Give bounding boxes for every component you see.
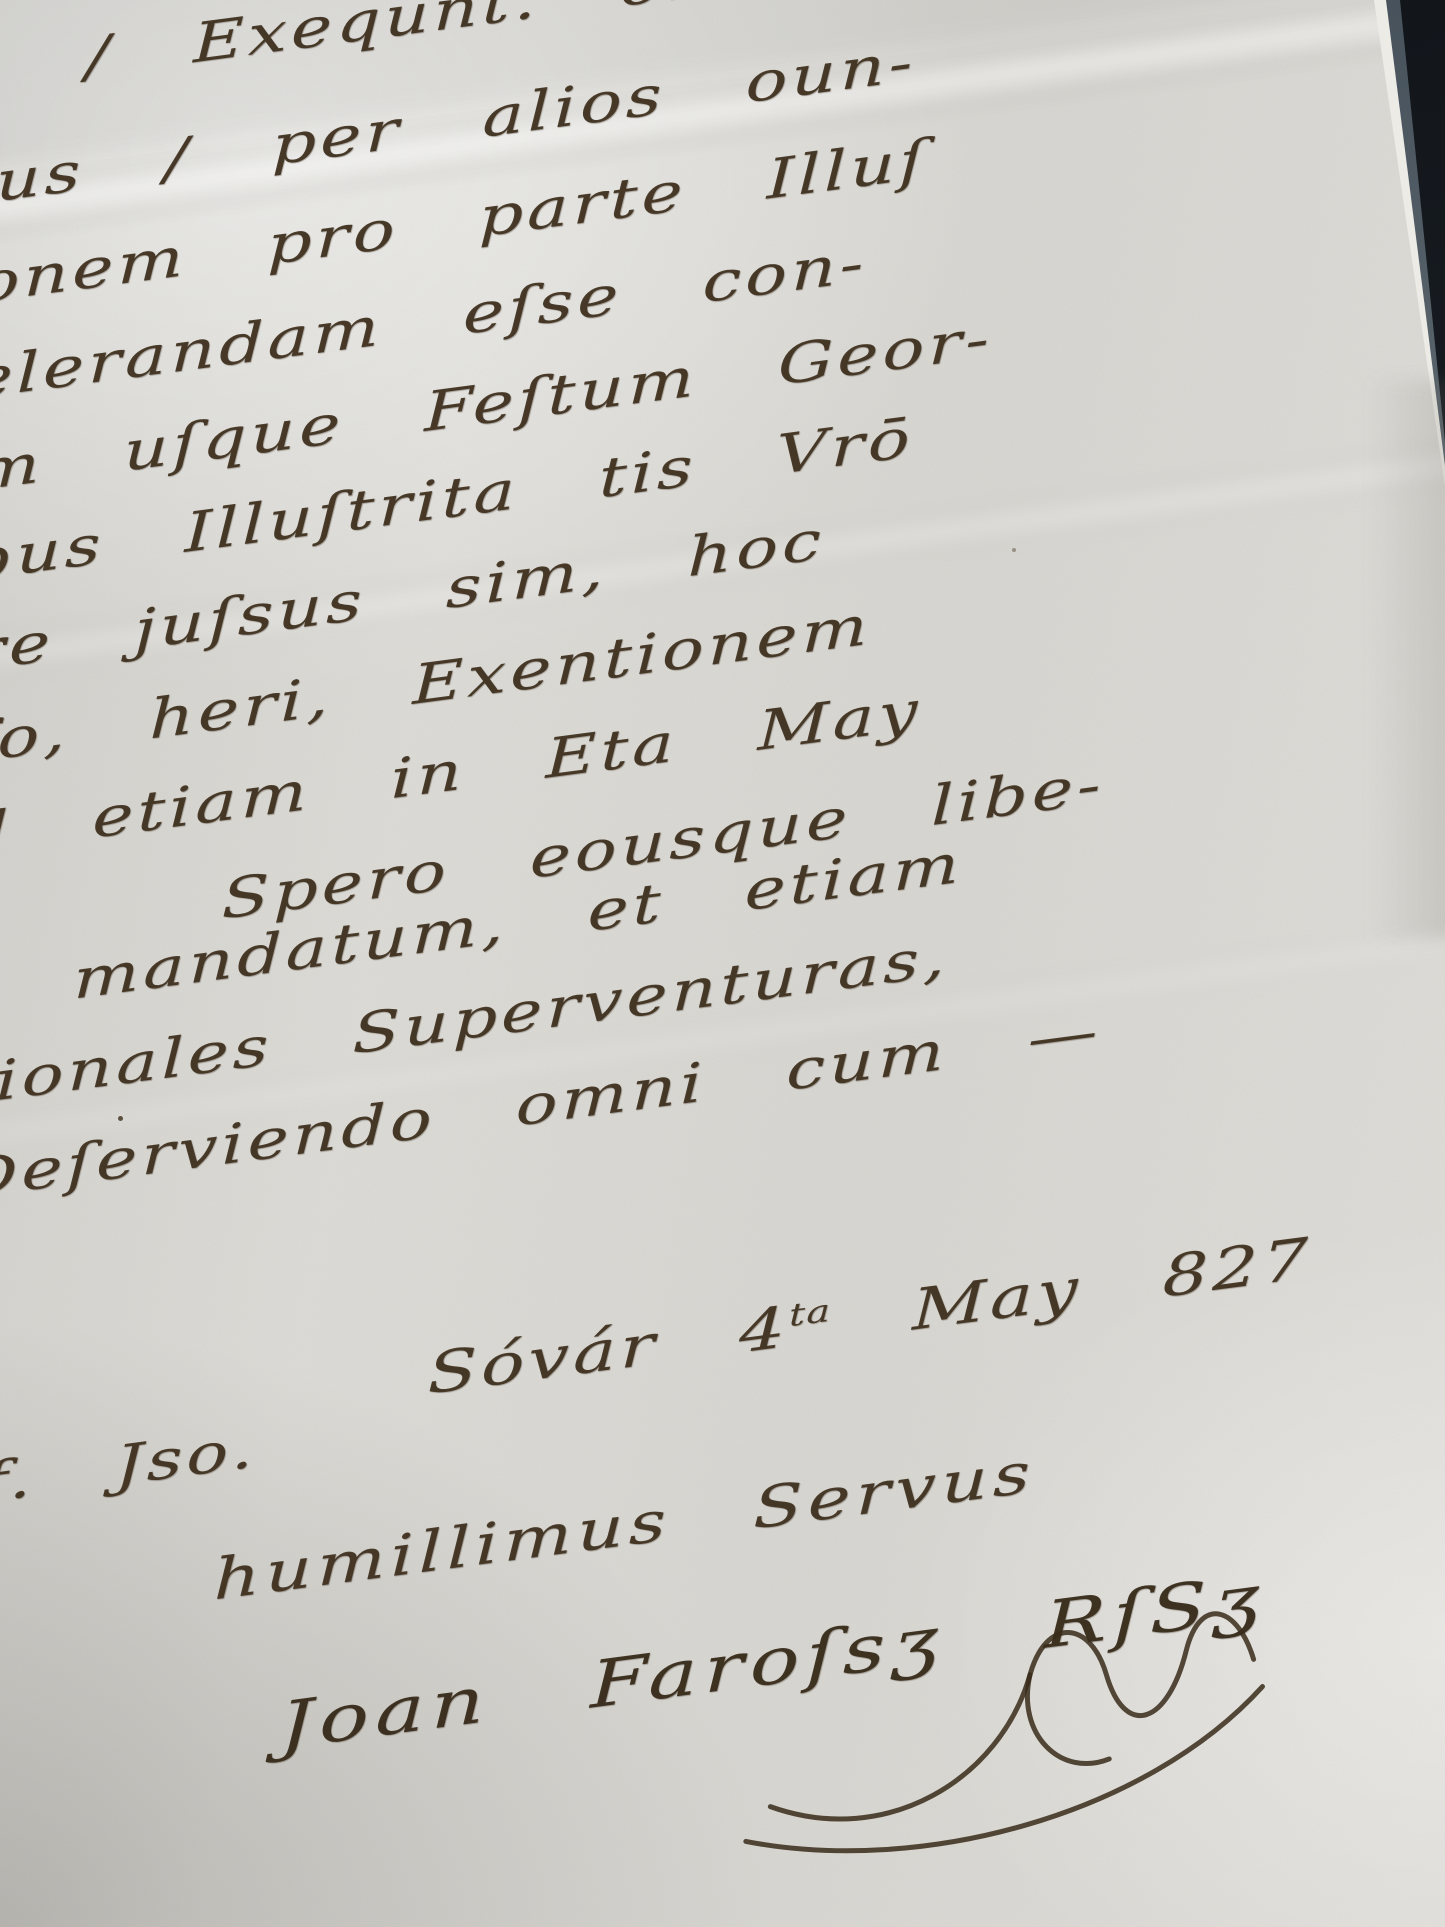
manuscript-line-14-fragment: f. Jso. [0, 1416, 257, 1516]
dateline-place-day: Sóvár 4 [427, 1294, 789, 1407]
signature-paraph-flourish [688, 1511, 1356, 1876]
ink-speck [1012, 548, 1016, 552]
dateline-ordinal-superscript: ta [789, 1292, 832, 1334]
photo-of-handwritten-letter: / Exequnt. omn — ius / per alios oun- on… [0, 0, 1445, 1927]
right-edge-curl-shadow [1368, 380, 1445, 940]
dateline: Sóvár 4ta May 827 [427, 1226, 1312, 1408]
dateline-month-year: May 827 [912, 1226, 1312, 1344]
ink-speck [118, 1116, 123, 1121]
